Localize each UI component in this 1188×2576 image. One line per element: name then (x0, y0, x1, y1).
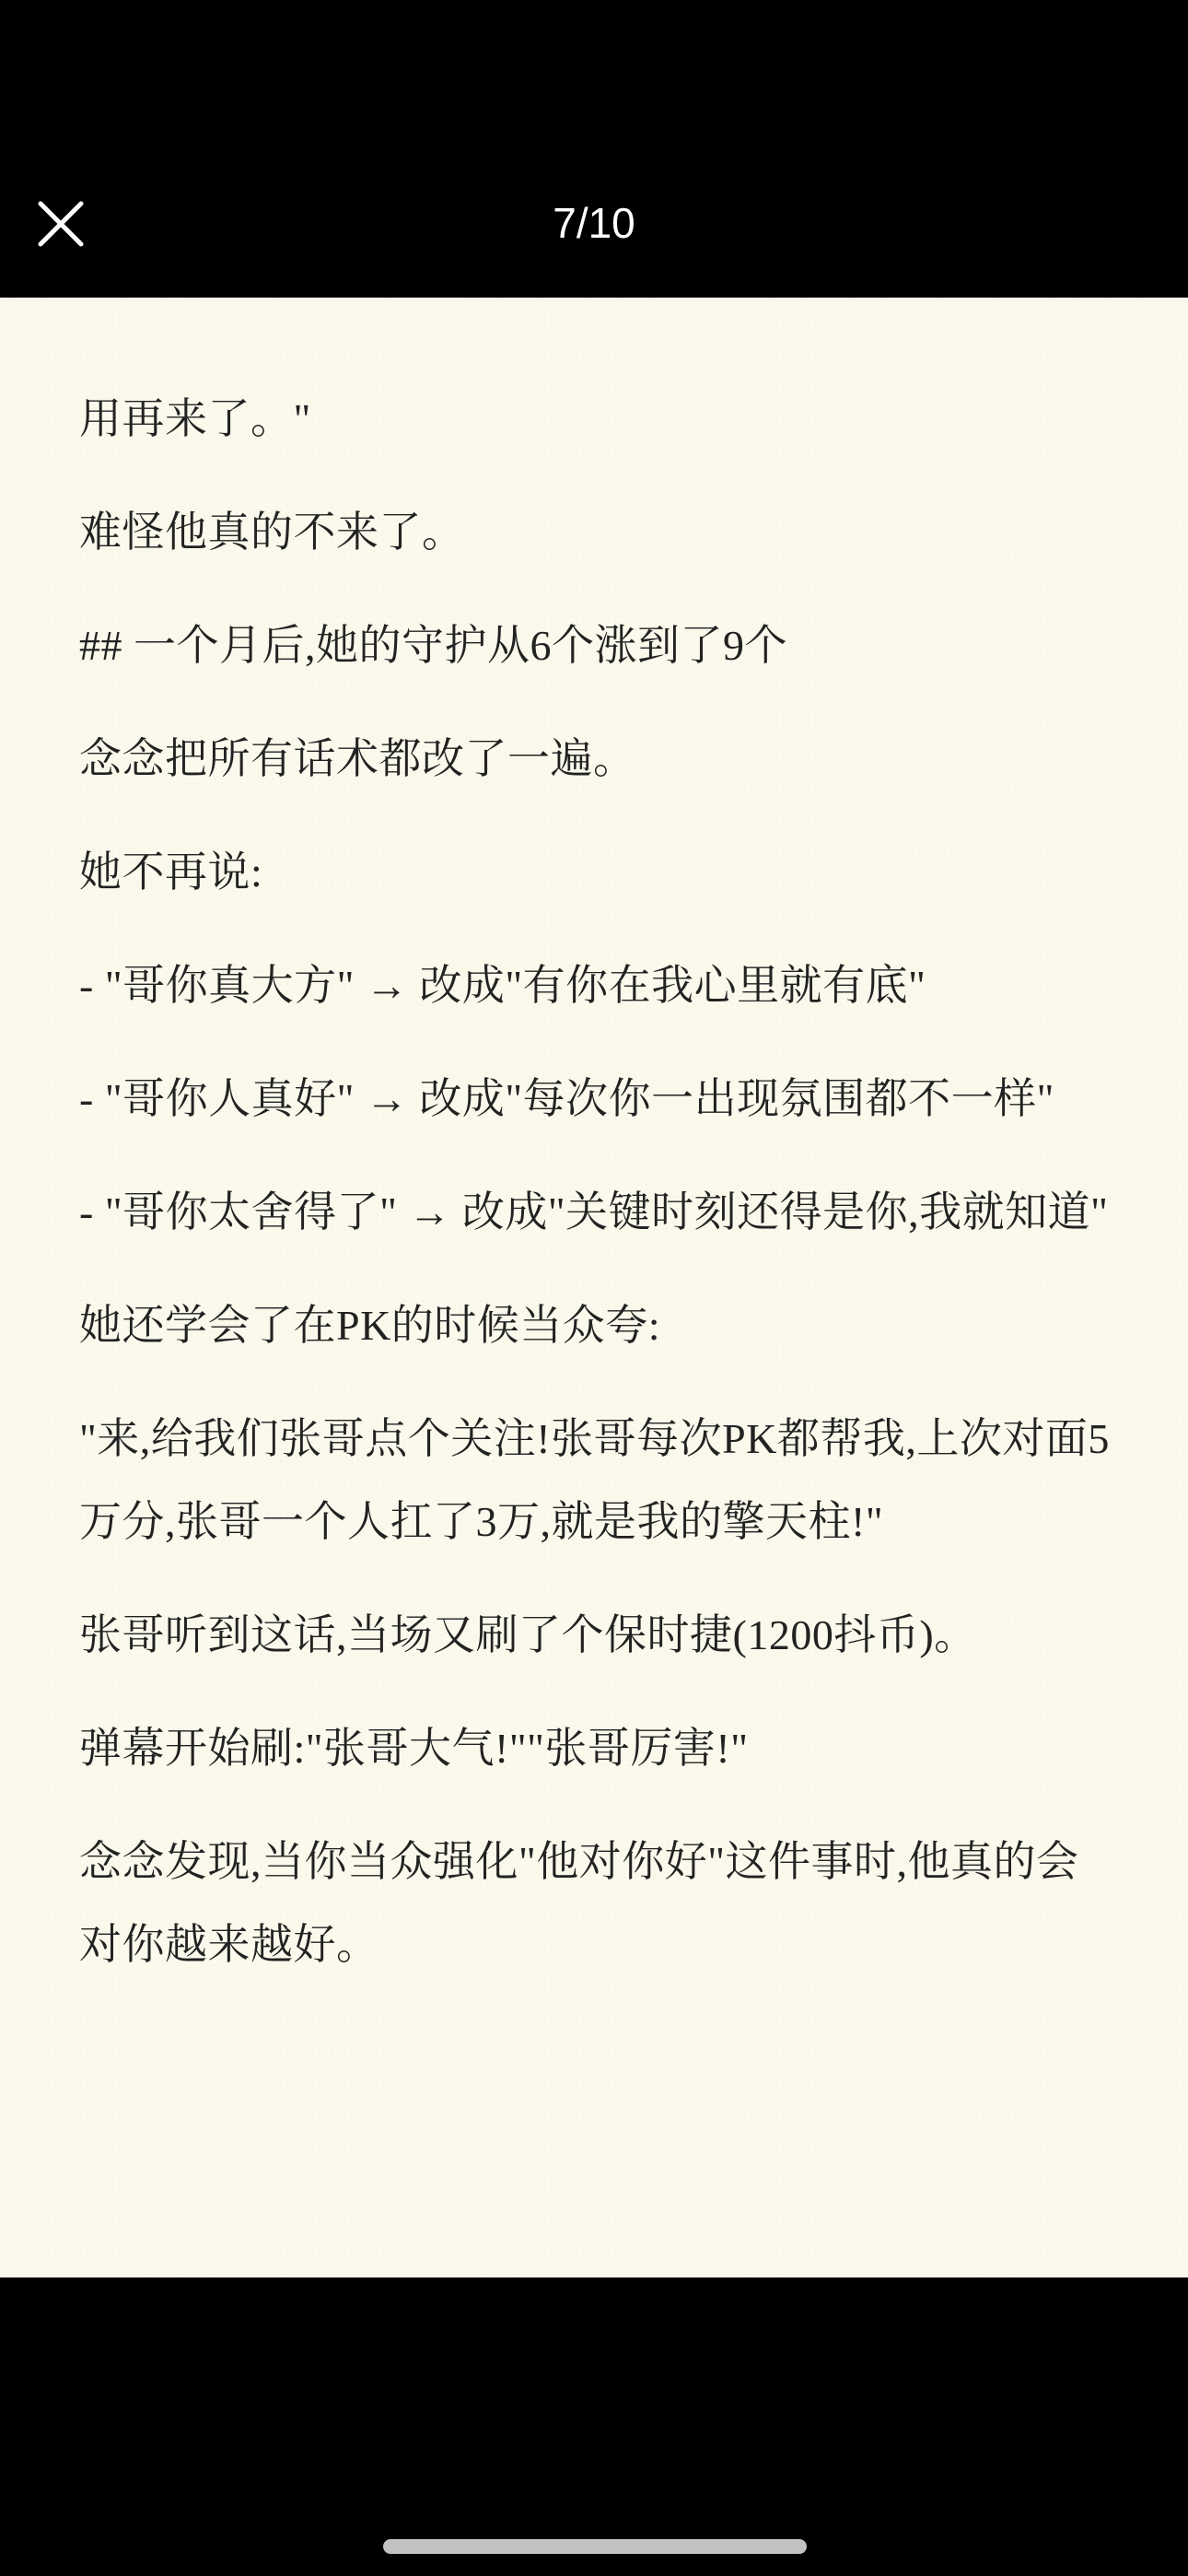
paragraph: 她还学会了在PK的时候当众夸: (79, 1284, 1111, 1367)
list-item: - "哥你太舍得了" → 改成"关键时刻还得是你,我就知道" (79, 1171, 1111, 1254)
paragraph: 难怪他真的不来了。 (79, 491, 1111, 574)
list-item: - "哥你真大方" → 改成"有你在我心里就有底" (79, 944, 1111, 1027)
bottom-bar (0, 2277, 1188, 2576)
paragraph: 念念发现,当你当众强化"他对你好"这件事时,他真的会对你越来越好。 (79, 1821, 1111, 1986)
section-heading: ## 一个月后,她的守护从6个涨到了9个 (79, 604, 1111, 687)
reader-content: 用再来了。" 难怪他真的不来了。 ## 一个月后,她的守护从6个涨到了9个 念念… (0, 298, 1188, 2277)
paragraph: 张哥听到这话,当场又刷了个保时捷(1200抖币)。 (79, 1594, 1111, 1677)
paragraph: 弹幕开始刷:"张哥大气!""张哥厉害!" (79, 1707, 1111, 1790)
paragraph: 念念把所有话术都改了一遍。 (79, 718, 1111, 801)
paragraph: 她不再说: (79, 831, 1111, 914)
page-counter: 7/10 (0, 195, 1188, 251)
top-bar: 7/10 (0, 0, 1188, 298)
home-indicator[interactable] (383, 2539, 807, 2554)
paragraph: 用再来了。" (79, 378, 1111, 461)
quote-paragraph: "来,给我们张哥点个关注!张哥每次PK都帮我,上次对面5万分,张哥一个人扛了3万… (79, 1398, 1111, 1563)
list-item: - "哥你人真好" → 改成"每次你一出现氛围都不一样" (79, 1058, 1111, 1141)
